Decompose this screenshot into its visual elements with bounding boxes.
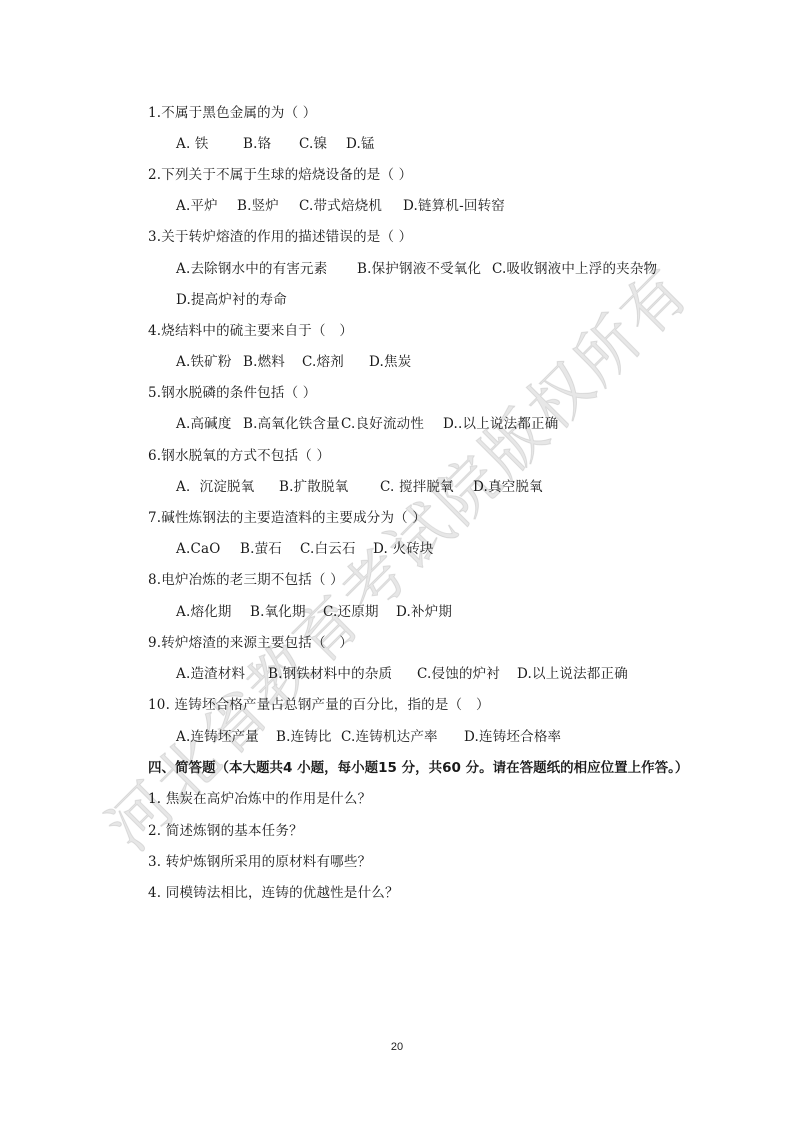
short-answer-item-4: 4. 同模铸法相比，连铸的优越性是什么？: [148, 884, 399, 902]
option-d: D.链算机-回转窑: [403, 197, 505, 215]
option-c: C.吸收钢液中上浮的夹杂物: [492, 260, 657, 278]
document-page: 河北省教育考试院版权所有 1.不属于黑色金属的为（ ） A. 铁 B.铬 C.镍…: [0, 0, 794, 1123]
option-c: C.还原期: [323, 603, 379, 621]
short-answer-item-2: 2. 简述炼钢的基本任务？: [148, 822, 303, 840]
question-6-stem: 6.钢水脱氧的方式不包括（ ）: [148, 447, 330, 465]
option-d: D..以上说法都正确: [443, 415, 558, 433]
option-a: A.熔化期: [176, 603, 232, 621]
option-a: A.平炉: [176, 197, 218, 215]
option-d: D.提高炉衬的寿命: [176, 291, 287, 309]
question-8-stem: 8.电炉冶炼的老三期不包括（ ）: [148, 571, 344, 589]
option-a: A．沉淀脱氧: [176, 478, 254, 496]
short-answer-item-3: 3. 转炉炼钢所采用的原材料有哪些？: [148, 853, 371, 871]
option-d: D.以上说法都正确: [517, 665, 628, 683]
option-d: D.补炉期: [396, 603, 452, 621]
option-d: D.锰: [346, 135, 375, 153]
option-a: A.造渣材料: [176, 665, 245, 683]
option-c: C.带式焙烧机: [299, 197, 382, 215]
option-c: C.白云石: [300, 540, 356, 558]
question-7-stem: 7.碱性炼钢法的主要造渣料的主要成分为（ ）: [148, 509, 426, 527]
option-c: C.良好流动性: [341, 415, 424, 433]
section-heading-short-answer: 四、简答题（本大题共4 小题，每小题15 分，共60 分。请在答题纸的相应位置上…: [148, 759, 688, 777]
option-d: D.连铸坯合格率: [464, 728, 561, 746]
option-c: C. 搅拌脱氧: [380, 478, 454, 496]
option-c: C.熔剂: [302, 353, 344, 371]
option-b: B.氧化期: [250, 603, 306, 621]
short-answer-item-1: 1. 焦炭在高炉冶炼中的作用是什么？: [148, 790, 371, 808]
option-a: A.去除钢水中的有害元素: [176, 260, 327, 278]
option-b: B.竖炉: [237, 197, 279, 215]
page-number: 20: [0, 1041, 794, 1053]
option-c: C.连铸机达产率: [341, 728, 438, 746]
option-a: A.高碱度: [176, 415, 232, 433]
option-b: B.扩散脱氧: [279, 478, 348, 496]
question-9-stem: 9.转炉熔渣的来源主要包括（ ）: [148, 634, 353, 652]
option-c: C.镍: [299, 135, 327, 153]
option-d: D. 火砖块: [373, 540, 434, 558]
question-1-stem: 1.不属于黑色金属的为（ ）: [148, 104, 316, 122]
option-d: D.焦炭: [369, 353, 411, 371]
question-10-stem: 10. 连铸坯合格产量占总钢产量的百分比，指的是（ ）: [148, 696, 490, 714]
option-a: A. 铁: [176, 135, 209, 153]
option-b: B.钢铁材料中的杂质: [268, 665, 392, 683]
option-b: B.萤石: [240, 540, 282, 558]
option-c: C.侵蚀的炉衬: [417, 665, 500, 683]
option-b: B.燃料: [243, 353, 285, 371]
option-a: A.铁矿粉: [176, 353, 232, 371]
option-b: B.连铸比: [276, 728, 332, 746]
question-3-stem: 3.关于转炉熔渣的作用的描述错误的是（ ）: [148, 228, 412, 246]
option-a: A.CaO: [176, 540, 221, 558]
option-b: B.铬: [243, 135, 271, 153]
option-a: A.连铸坯产量: [176, 728, 259, 746]
option-d: D.真空脱氧: [473, 478, 543, 496]
question-2-stem: 2.下列关于不属于生球的焙烧设备的是（ ）: [148, 166, 412, 184]
question-5-stem: 5.钢水脱磷的条件包括（ ）: [148, 384, 316, 402]
option-b: B.保护钢液不受氧化: [357, 260, 481, 278]
option-b: B.高氧化铁含量: [243, 415, 340, 433]
question-4-stem: 4.烧结料中的硫主要来自于（ ）: [148, 322, 353, 340]
